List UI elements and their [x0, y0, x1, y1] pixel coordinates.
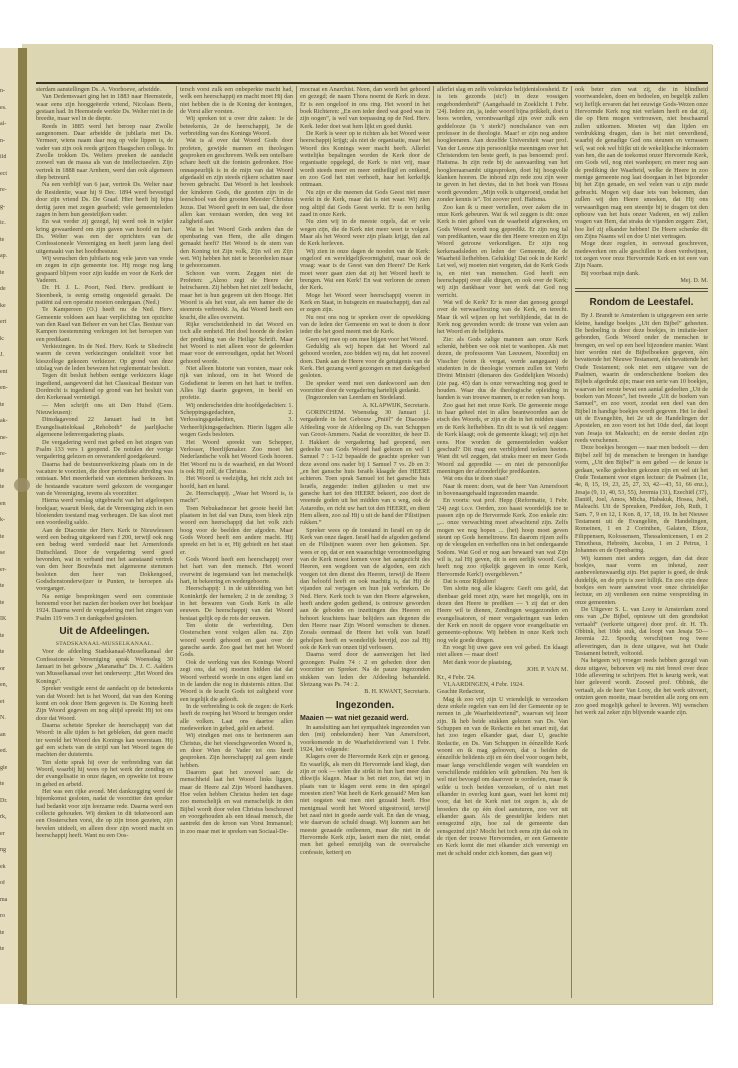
- paragraph: Het Woord spreekt van Schepper, Verlosse…: [180, 439, 293, 476]
- paragraph: Wij zien in onze dagen de nooden van de …: [300, 248, 430, 292]
- edge-text-fragment: et: [0, 699, 18, 706]
- paragraph: Reeds in 1885 werd het beroep naar Zwoll…: [36, 123, 173, 182]
- paragraph: mocraat en Anarchist. Neen, dan wordt he…: [300, 86, 430, 130]
- paragraph: Het was een rijke avond. Met dankzegging…: [36, 788, 173, 839]
- edge-text-fragment: te: [0, 600, 18, 607]
- edge-text-fragment: te: [0, 930, 18, 937]
- paragraph: Mag ik zoo vrij zijn U vriendelijk te ve…: [437, 696, 568, 858]
- paragraph: Wat is het Woord Gods anders dan de open…: [180, 226, 293, 270]
- place-subheading: STADSKANAAL-MUSSELKANAAL.: [36, 641, 173, 648]
- edge-text-fragment: ed.: [0, 748, 18, 755]
- edge-text-fragment: ild: [0, 154, 18, 161]
- paragraph: Naar ik meen: doen, wat de heer Van Amer…: [437, 483, 568, 498]
- edge-text-fragment: ma: [0, 897, 18, 904]
- edge-text-fragment: te: [0, 633, 18, 640]
- edge-text-fragment: ke: [0, 303, 18, 310]
- edge-text-fragment: ap.: [0, 253, 18, 260]
- paragraph: sterdam aanstellingen Ds. A. Voorhoeve, …: [36, 86, 173, 93]
- paragraph: In aansluiting aan het sympathiek ingezo…: [300, 724, 430, 753]
- edge-text-fragment: re-: [0, 451, 18, 458]
- signature: JOH. P. VAN M.: [437, 666, 568, 673]
- paragraph: Geachte Redacteur,: [437, 688, 568, 695]
- edge-text-fragment: te: [0, 270, 18, 277]
- paragraph: tersch vorst zulk een onbeperkte macht h…: [180, 86, 293, 115]
- edge-text-fragment: de: [0, 286, 18, 293]
- edge-text-fragment: rk,: [0, 814, 18, 821]
- paragraph: Wij kunnen niet anders zeggen, dan dat d…: [575, 555, 708, 606]
- signature: A. KLAPWIJK, Secretaris.: [300, 402, 430, 409]
- section-heading: Rondom de Leestafel.: [575, 296, 708, 310]
- column-divider: [571, 86, 572, 998]
- paragraph: Wat wil de Kerk? Er is meer dan genoeg g…: [437, 299, 568, 336]
- paragraph: Ten slotte sprak hij over de verbreiding…: [36, 759, 173, 788]
- edge-text-fragment: ne-: [0, 435, 18, 442]
- paragraph: Na eenige besprekingen werd een commissi…: [36, 593, 173, 622]
- section-heading: Ingezonden.: [300, 699, 430, 713]
- paragraph: Met dank voor de plaatsing,: [437, 659, 568, 666]
- paragraph: Daarna had de bestuursverkiezing plaats …: [36, 461, 173, 498]
- article-column-4: allerlei slag en zelfs volstrekte belijd…: [437, 86, 568, 998]
- paragraph: Wat ons dus te doen staat?: [437, 475, 568, 482]
- paragraph: Na hetgeen wij vroeger reeds hebben geze…: [575, 657, 708, 716]
- paragraph: Wij onderscheiden drie hoofdgedachten: 1…: [180, 402, 293, 439]
- paragraph: Aan de Diaconie der Herv. Kerk te Nieuwl…: [36, 527, 173, 593]
- paragraph: Heerschappij: 1 in de uitbreiding van he…: [180, 585, 293, 622]
- edge-text-fragment: or: [0, 666, 18, 673]
- paragraph: Het Woord is veelzijdig, het richt zich …: [180, 475, 293, 490]
- paragraph: Niet alleen historie van vorsten, maar o…: [180, 365, 293, 402]
- paragraph: Verkiezingen. In de Ned. Herv. Kerk te S…: [36, 343, 173, 372]
- paragraph: Spreker vestigde eerst de aandacht op de…: [36, 685, 173, 722]
- edge-text-fragment: te: [0, 468, 18, 475]
- edge-text-fragment: te: [0, 781, 18, 788]
- paragraph: Toen Nebukadnezar het groote beeld liet …: [180, 505, 293, 556]
- edge-text-fragment: te: [0, 534, 18, 541]
- edge-text-fragment: k-: [0, 517, 18, 524]
- paragraph: Dinsdagavond 22 Januari had in het Evang…: [36, 416, 173, 438]
- paragraph: Daarna schetste Spreker de heerschappij …: [36, 722, 173, 759]
- article-column-2: tersch vorst zulk een onbeperkte macht h…: [180, 86, 293, 998]
- column-divider: [433, 86, 434, 998]
- paragraph: Van Dedemsvaart ging het in 1883 naar He…: [36, 93, 173, 122]
- edge-text-fragment: ert: [0, 319, 18, 326]
- edge-text-fragment: gle: [0, 765, 18, 772]
- paragraph: Voor de afdeeling Stadskanaal-Musselkana…: [36, 648, 173, 685]
- edge-text-fragment: ro: [0, 913, 18, 920]
- paragraph: VLAARDINGEN, 4 Febr. 1924.: [437, 681, 568, 688]
- paragraph: (Ingezonden van Leerdam en Stedeland.: [300, 394, 430, 401]
- paragraph: Nu zijn er die meenen dat Gods Geest nie…: [300, 189, 430, 218]
- edge-text-fragment: ek: [0, 864, 18, 871]
- paragraph: Hierna werd verslag uitgebracht van het …: [36, 497, 173, 526]
- edge-text-fragment: te: [0, 583, 18, 590]
- edge-text-fragment: N.: [0, 715, 18, 722]
- article-column-5: ook beter zien wat zij, die in blindheid…: [575, 86, 708, 998]
- edge-text-fragment: n-: [0, 88, 18, 95]
- edge-text-fragment: ak-: [0, 418, 18, 425]
- paragraph: Rijke verscheidenheid in dat Woord en to…: [180, 321, 293, 365]
- paragraph: Gods Woord heeft een heerschappij over h…: [180, 556, 293, 585]
- paragraph: Tegen dit besluit hebben eenige verkieze…: [36, 372, 173, 401]
- edge-text-fragment: en,: [0, 682, 18, 689]
- edge-text-fragment: ng: [0, 847, 18, 854]
- edge-text-fragment: g-: [0, 204, 18, 211]
- paragraph: Nu zien wij in de meeste orgels, dat er …: [300, 218, 430, 247]
- paragraph: — Men schrijft ons uit Den Huisd (Gem. N…: [36, 402, 173, 417]
- edge-text-fragment: n-: [0, 138, 18, 145]
- paragraph: Wij wenschen den jubilaris nog vele jare…: [36, 255, 173, 284]
- edge-text-fragment: te: [0, 649, 18, 656]
- binding-clip-mark: [14, 478, 30, 492]
- article-column-1: sterdam aanstellingen Ds. A. Voorhoeve, …: [36, 86, 173, 998]
- section-divider: [575, 288, 708, 292]
- paragraph: Zoo gaat het met onze Kerk. De gemeente …: [437, 402, 568, 475]
- paragraph: GORINCHEM. Woensdag 30 Januari j.l. verg…: [300, 409, 430, 527]
- edge-text-fragment: an: [0, 732, 18, 739]
- paragraph: De vergadering werd met gebed en het zin…: [36, 439, 173, 461]
- paragraph: Geduldig als wij hopen dat het Woord zal…: [300, 343, 430, 380]
- paragraph: Ook de werking van des Konings Woord zeg…: [180, 659, 293, 703]
- paragraph: Moge het Woord weer heerschappij voeren …: [300, 292, 430, 314]
- binding-spine: [18, 48, 27, 1004]
- paragraph: De spreker werd met een dankwoord aan de…: [300, 380, 430, 395]
- paragraph: Zie: als Gods zalige mannen aan onze Ker…: [437, 336, 568, 402]
- paragraph: Schoon van vorm. Zeggen niet de Profeten…: [180, 270, 293, 321]
- paragraph: En voorts: wat prof. Hepp (Reformatie, 1…: [437, 497, 568, 578]
- paragraph: Dat is onze Rijkdom!: [437, 578, 568, 585]
- paragraph: De Uitgever S. L. van Looy te Amsterdam …: [575, 606, 708, 657]
- column-divider: [176, 86, 177, 998]
- paragraph: Geen wij mee op om mee bijgen voor het W…: [300, 336, 430, 343]
- edge-text-fragment: of: [0, 880, 18, 887]
- edge-text-fragment: se: [0, 550, 18, 557]
- edge-text-fragment: ent: [0, 369, 18, 376]
- paragraph: Te Kampereen (O.) heeft nu de Ned. Herv.…: [36, 306, 173, 343]
- paragraph: Ten slotte nog alle klagers: Geeft ons g…: [437, 585, 568, 644]
- paragraph: Wij spreken tot u over drie zaken: 1e de…: [180, 115, 293, 137]
- paragraph: Dr. H. J. L. Poort, Ned. Herv. predikant…: [36, 284, 173, 306]
- paragraph: En wat verder zij gezegd, hij werd ook i…: [36, 218, 173, 255]
- paragraph: Moge deze regelen, in eenvoud geschreven…: [575, 240, 708, 269]
- paragraph: allerlei slag en zelfs volstrekte belijd…: [437, 86, 568, 204]
- paragraph: En voegt bij uwe gave een vol gebed. En …: [437, 644, 568, 659]
- edge-text-fragment: re-: [0, 187, 18, 194]
- paragraph: ook beter zien wat zij, die in blindheid…: [575, 86, 708, 240]
- paragraph: Bij voorbaat mijn dank.: [575, 270, 708, 277]
- section-heading: Uit de Afdeelingen.: [36, 625, 173, 639]
- paragraph: Klagers over de Hervormde Kerk zijn er g…: [300, 753, 430, 856]
- signature: Mej. D. M.: [575, 277, 708, 284]
- header-rule: [36, 82, 708, 84]
- edge-text-fragment: ect: [0, 171, 18, 178]
- edge-text-fragment: es.: [0, 105, 18, 112]
- paragraph: Deze boekjes beoogen — naar men bedoelt …: [575, 444, 708, 554]
- edge-text-fragment: al-: [0, 121, 18, 128]
- paragraph: Zoo kan ik u meer vertellen, over zaken …: [437, 204, 568, 299]
- edge-text-fragment: k:: [0, 336, 18, 343]
- paragraph: Kr., 4 Febr. '24.: [437, 674, 568, 681]
- paragraph: Daarna werd door de aanwezigen het lied …: [300, 651, 430, 688]
- edge-text-fragment: en: [0, 501, 18, 508]
- paragraph: 2e. Heerschappij. „Waar het Woord is, is…: [180, 490, 293, 505]
- article-title: Maaien — wat niet gezaaid werd.: [300, 715, 430, 722]
- edge-text-fragment: ic.: [0, 220, 18, 227]
- edge-text-fragment: te: [0, 402, 18, 409]
- edge-text-fragment: te: [0, 946, 18, 953]
- edge-text-fragment: te: [0, 237, 18, 244]
- edge-text-fragment: J.: [0, 352, 18, 359]
- paragraph: By J. Brandt te Amsterdam is uitgegeven …: [575, 312, 708, 444]
- paragraph: Wat is al over dat Woord Gods door profe…: [180, 137, 293, 225]
- paragraph: Daarom gaat het zooveel aan: de menschhe…: [180, 769, 293, 835]
- edge-text-fragment: er: [0, 831, 18, 838]
- column-divider: [296, 86, 297, 998]
- paragraph: Wij eindigen met ons te herinneren aan C…: [180, 732, 293, 769]
- paragraph: De Kerk is weer op te richten als het Wo…: [300, 130, 430, 189]
- paragraph: Na een verblijf van 6 jaar, vertrok Ds. …: [36, 181, 173, 218]
- edge-text-fragment: IK: [0, 616, 18, 623]
- signature: B. H. KWANT, Secretaris.: [300, 688, 430, 695]
- paragraph: In de verbreiding is ook de zegen: de Ke…: [180, 703, 293, 732]
- article-column-3: mocraat en Anarchist. Neen, dan wordt he…: [300, 86, 430, 998]
- paragraph: Spreker wees op de toestand in Israël en…: [300, 527, 430, 652]
- edge-text-fragment: en-: [0, 385, 18, 392]
- paragraph: Nu rest ons nog te spreken over de opwek…: [300, 314, 430, 336]
- paragraph: Ten slotte de verbreiding. Den Oostersch…: [180, 622, 293, 659]
- edge-text-fragment: er-: [0, 567, 18, 574]
- edge-text-fragment: Dr.: [0, 798, 18, 805]
